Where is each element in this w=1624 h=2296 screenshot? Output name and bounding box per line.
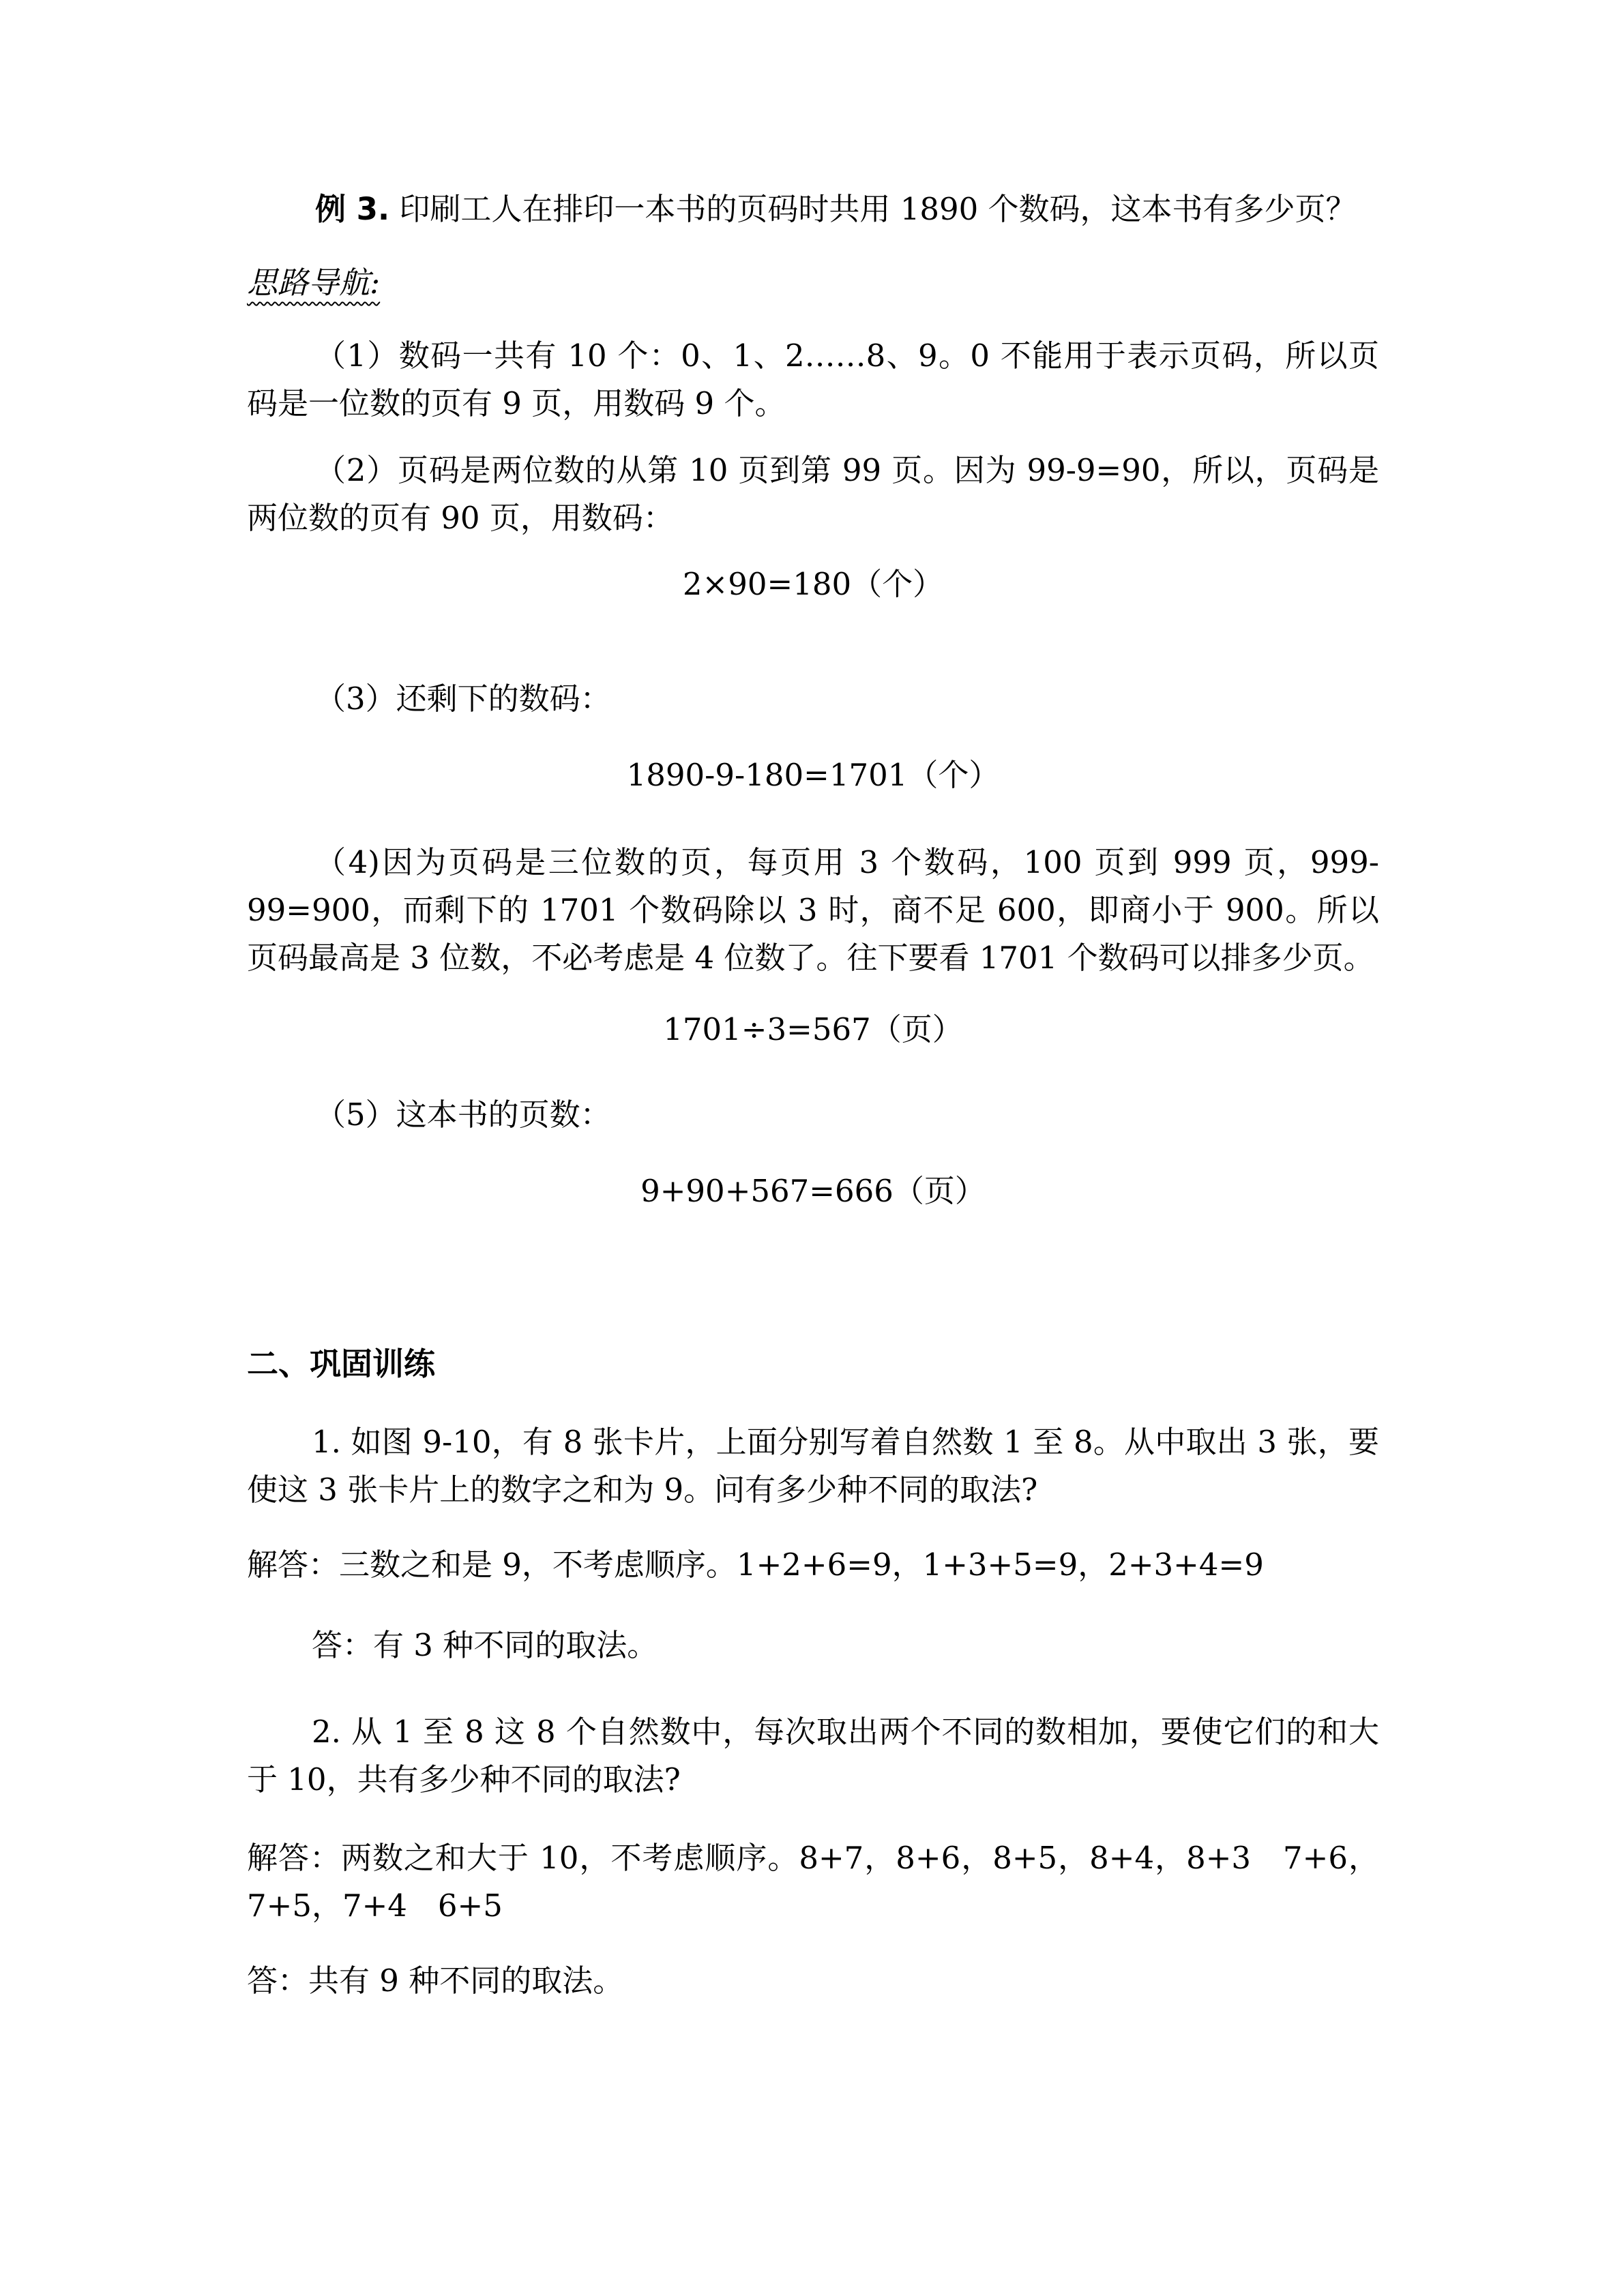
guide-step-2: （2）页码是两位数的从第 10 页到第 99 页。因为 99-9=90，所以，页… [247, 447, 1379, 542]
guide-step-1: （1）数码一共有 10 个：0、1、2……8、9。0 不能用于表示页码，所以页码… [247, 332, 1379, 428]
problem-1-solution: 解答：三数之和是 9，不考虑顺序。1+2+6=9，1+3+5=9，2+3+4=9 [247, 1541, 1379, 1589]
guide-label: 思路导航: [247, 265, 380, 301]
problem-1-question: 1. 如图 9-10，有 8 张卡片，上面分别写着自然数 1 至 8。从中取出 … [247, 1418, 1379, 1514]
guide-step-4-formula: 1701÷3=567（页） [247, 1006, 1379, 1054]
problem-2-question: 2. 从 1 至 8 这 8 个自然数中，每次取出两个不同的数相加，要使它们的和… [247, 1708, 1379, 1804]
guide-step-2-formula: 2×90=180（个） [247, 561, 1379, 608]
problem-2-answer: 答：共有 9 种不同的取法。 [247, 1957, 1379, 2005]
guide-step-3-formula: 1890-9-180=1701（个） [247, 751, 1379, 799]
guide-label-row: 思路导航: [247, 259, 1379, 307]
example-question: 例 3. 印刷工人在排印一本书的页码时共用 1890 个数码，这本书有多少页？ [247, 185, 1379, 233]
guide-step-4: （4)因为页码是三位数的页，每页用 3 个数码，100 页到 999 页，999… [247, 839, 1379, 982]
example-number-label: 例 3. [315, 191, 389, 227]
guide-step-5: （5）这本书的页数： [247, 1091, 1379, 1139]
problem-2-solution: 解答：两数之和大于 10，不考虑顺序。8+7，8+6，8+5，8+4，8+3 7… [247, 1834, 1379, 1930]
problem-1-answer: 答：有 3 种不同的取法。 [247, 1622, 1379, 1669]
section-heading: 二、巩固训练 [247, 1340, 1379, 1388]
guide-step-3: （3）还剩下的数码： [247, 675, 1379, 723]
example-question-text: 印刷工人在排印一本书的页码时共用 1890 个数码，这本书有多少页？ [399, 191, 1356, 227]
guide-step-5-formula: 9+90+567=666（页） [247, 1167, 1379, 1215]
